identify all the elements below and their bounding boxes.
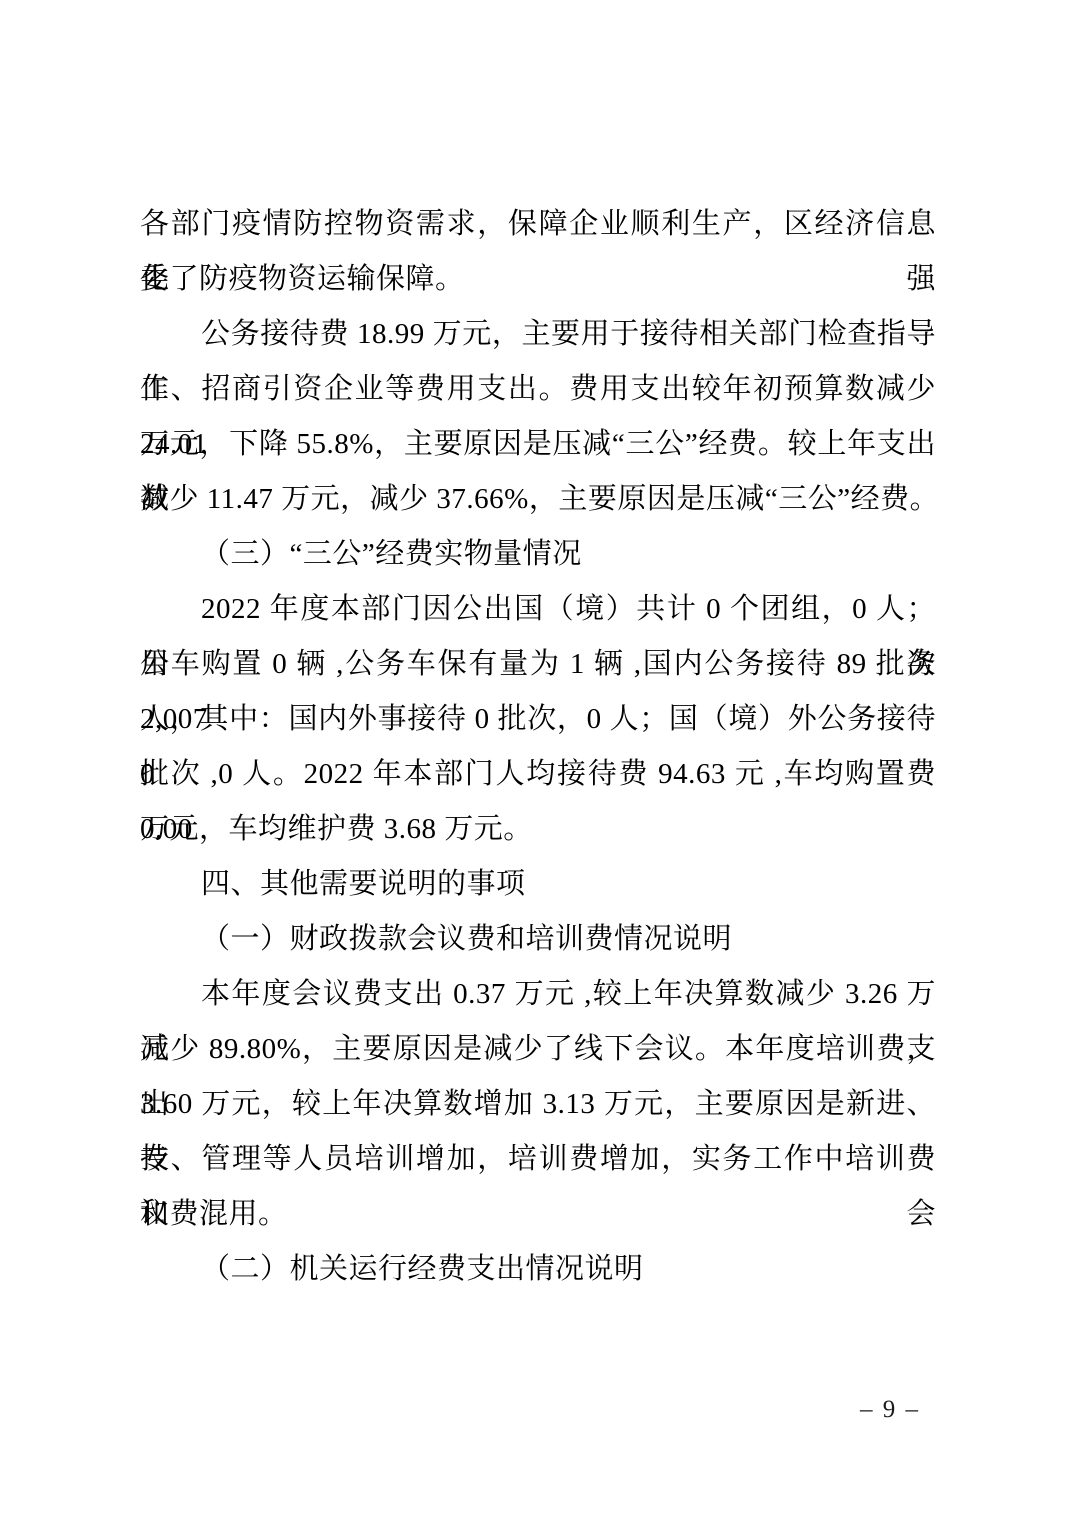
text-line: （一）财政拨款会议费和培训费情况说明 (140, 912, 936, 967)
text-line: （二）机关运行经费支出情况说明 (140, 1242, 936, 1297)
text-line: （三）“三公”经费实物量情况 (140, 527, 936, 582)
page-number: – 9 – (840, 1392, 940, 1428)
text-line: 各部门疫情防控物资需求，保障企业顺利生产，区经济信息委强 (140, 197, 936, 252)
text-line: 本年度会议费支出 0.37 万元 ,较上年决算数减少 3.26 万元， (140, 967, 936, 1022)
text-line: 2022 年度本部门因公出国（境）共计 0 个团组，0 人；公务 (140, 582, 936, 637)
text-line: 用车购置 0 辆 ,公务车保有量为 1 辆 ,国内公务接待 89 批次 2,00… (140, 637, 936, 692)
text-line: 技、管理等人员培训增加，培训费增加，实务工作中培训费和会 (140, 1132, 936, 1187)
text-line: 批次 ,0 人。2022 年本部门人均接待费 94.63 元 ,车均购置费 0.… (140, 747, 936, 802)
document-page: 各部门疫情防控物资需求，保障企业顺利生产，区经济信息委强化了防疫物资运输保障。公… (0, 0, 1074, 1520)
text-line: 减少 11.47 万元，减少 37.66%，主要原因是压减“三公”经费。 (140, 472, 936, 527)
text-line: 四、其他需要说明的事项 (140, 857, 936, 912)
text-line: 作、招商引资企业等费用支出。费用支出较年初预算数减少 24.01 (140, 362, 936, 417)
text-line: 3.60 万元，较上年决算数增加 3.13 万元，主要原因是新进、专 (140, 1077, 936, 1132)
text-line: 公务接待费 18.99 万元，主要用于接待相关部门检查指导工 (140, 307, 936, 362)
text-line: 万元，车均维护费 3.68 万元。 (140, 802, 936, 857)
document-body: 各部门疫情防控物资需求，保障企业顺利生产，区经济信息委强化了防疫物资运输保障。公… (140, 197, 936, 1297)
text-line: 万元，下降 55.8%，主要原因是压减“三公”经费。较上年支出数 (140, 417, 936, 472)
text-line: 减少 89.80%，主要原因是减少了线下会议。本年度培训费支出 (140, 1022, 936, 1077)
text-line: 人，其中：国内外事接待 0 批次，0 人；国（境）外公务接待 0 (140, 692, 936, 747)
